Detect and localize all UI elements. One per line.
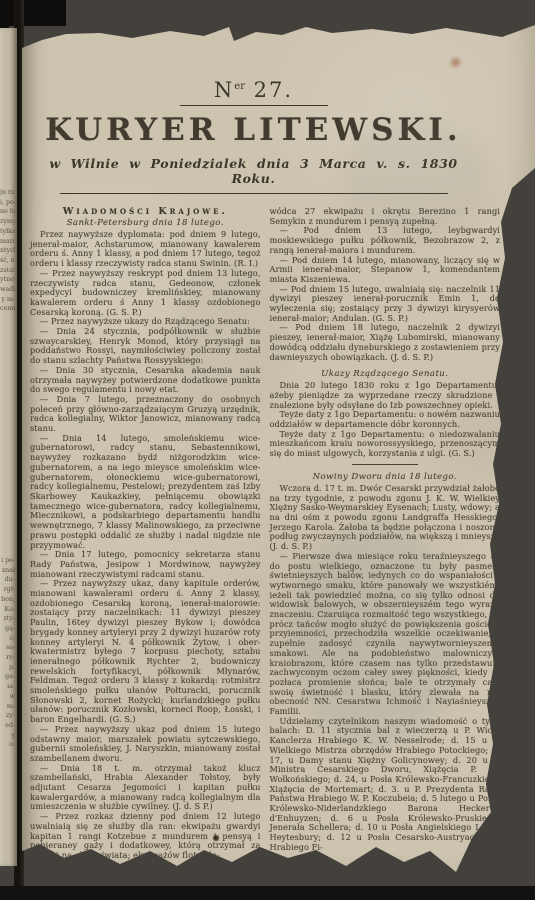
section-heading: Wiadomości Krajowe. [30,207,261,217]
paragraph: — Pod dniem 14 lutego, mianowany, licząc… [270,256,501,285]
cut-off-text-fragment: ry: [0,653,15,663]
cut-off-text-fragment: w [0,692,15,702]
cut-off-text-fragment: zy- [0,711,15,721]
paragraph: — Dnia 14 lutego, smoleńskiemu wice-gube… [30,434,261,550]
paragraph: — Dnia 17 lutego, pomocnicy sekretarza s… [30,550,261,579]
paragraph: — Dnia 18 t. m. otrzymał takoż klucz sza… [30,764,261,813]
cut-off-text-fragment: tyłka [0,227,15,237]
adjacent-page-edge: jn rz-i, po-no lu-zymy,tyłkamaretntychść… [0,28,17,866]
cut-off-text-fragment: ed- [0,721,15,731]
cut-off-column-upper: jn rz-i, po-no lu-zymy,tyłkamaretntychść… [0,188,15,314]
cut-off-text-fragment: i, po- [0,198,15,208]
cut-off-text-fragment: m- [0,702,15,712]
cut-off-text-fragment: du- [0,575,15,585]
cut-off-text-fragment: ść, na [0,256,15,266]
cut-off-text-fragment: rgł- [0,585,15,595]
cut-off-text-fragment: bon, [0,595,15,605]
ink-showthrough [340,120,490,240]
cut-off-text-fragment: gą- [0,624,15,634]
cut-off-text-fragment: p. [0,663,15,673]
cut-off-text-fragment: y m- [0,295,15,305]
section-heading: Ukazy Rządzącego Senatu. [270,369,501,379]
cut-off-text-fragment: ia- [0,682,15,692]
cut-off-text-fragment: Ko- [0,605,15,615]
newspaper-page: Ner 27. KURYER LITEWSKI. w Wilnie w Poni… [20,0,535,884]
cut-off-text-fragment: maret [0,237,15,247]
cut-off-text-fragment: wadia [0,285,15,295]
cut-off-text-fragment: znał [0,566,15,576]
section-heading: Sankt-Petersburg dnia 18 lutego. [30,218,261,228]
masthead-rule-short [180,105,328,106]
paragraph: — Przez naywyższy ukaz pod dniem 15 lute… [30,725,261,764]
ink-showthrough [170,250,290,430]
cut-off-text-fragment: i pe- [0,556,15,566]
ink-spot [213,835,219,841]
cut-off-text-fragment: zstara [0,266,15,276]
issue-number: Ner 27. [30,78,477,102]
cut-off-column-lower: i pe-znałdu-rgł-bon,Ko-zty-gą-ć;sa-ry:p.… [0,556,15,750]
paragraph: Dnia 20 lutego 1830 roku z 1go Departame… [270,381,501,410]
photo-bottom-black-bar [0,886,535,900]
scanned-newspaper-photo: jn rz-i, po-no lu-zymy,tyłkamaretntychść… [0,0,535,900]
paragraph: — Przez rozkaz dzienny pod dniem 12 lute… [30,812,261,861]
ink-showthrough [290,520,460,750]
cut-off-text-fragment: zty- [0,614,15,624]
section-heading: Nowiny Dworu dnia 18 lutego. [270,472,501,482]
cut-off-text-fragment: ga- [0,672,15,682]
section-divider [352,464,418,465]
paragraph: — Przez naywyższy ukaz, dany kapitule or… [30,579,261,725]
cut-off-text-fragment: no lu- [0,207,15,217]
paragraph: — Pod dniem 18 lutego, naczelnik 2 dywiz… [270,323,501,362]
paper-stain [448,56,463,69]
cut-off-text-fragment: zymy, [0,217,15,227]
cut-off-text-fragment: ć; [0,634,15,644]
cut-off-text-fragment: ntych [0,246,15,256]
cut-off-text-fragment: cemi [0,304,15,314]
cut-off-text-fragment: ytney [0,275,15,285]
paragraph: — Pod dniem 15 lutego, uwalniaią się: na… [270,285,501,324]
cut-off-text-fragment: y [0,731,15,741]
photo-top-left-black-corner [0,0,66,26]
paragraph: Teyże daty z 1go Departamentu: o niedozw… [270,430,501,459]
issue-superscript: er [234,81,245,92]
paragraph: Teyże daty z 1go Departamentu: o nowém n… [270,410,501,429]
cut-off-text-fragment: o: [0,740,15,750]
cut-off-text-fragment: jn rz- [0,188,15,198]
cut-off-text-fragment: sa- [0,643,15,653]
